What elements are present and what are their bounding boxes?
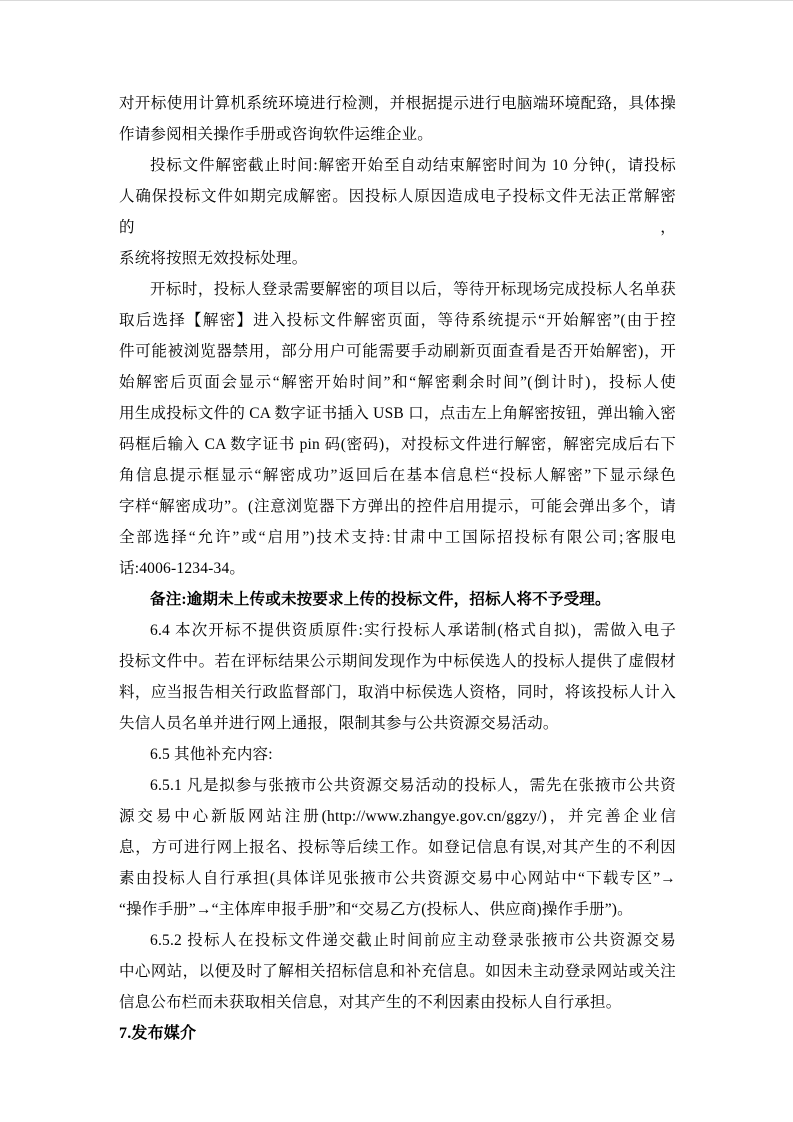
text-line: “操作手册”→“主体库申报手册”和“交易乙方(投标人、供应商)操作手册”)。	[119, 894, 676, 925]
text-line: 料，应当报告相关行政监督部门，取消中标侯选人资格，同时，将该投标人计入	[119, 677, 676, 708]
para-6-4: 6.4 本次开标不提供资质原件:实行投标人承诺制(格式自拟)，需做入电子 投标文…	[119, 615, 676, 739]
text-line: 投标文件中。若在评标结果公示期间发现作为中标侯选人的投标人提供了虚假材	[119, 646, 676, 677]
text-line: 全部选择“允许”或“启用”)技术支持:甘肃中工国际招投标有限公司;客服电	[119, 522, 676, 553]
text-line: 开标时，投标人登录需要解密的项目以后，等待开标现场完成投标人名单获	[119, 274, 676, 305]
text-line: 素由投标人自行承担(具体详见张掖市公共资源交易中心网站中“下载专区”→	[119, 863, 676, 894]
text-line: 投标文件解密截止时间:解密开始至自动结束解密时间为 10 分钟(，请投标	[119, 150, 676, 181]
text-line: 角信息提示框显示“解密成功”返回后在基本信息栏“投标人解密”下显示绿色	[119, 460, 676, 491]
section-heading-7: 7.发布媒介	[119, 1018, 676, 1049]
text-line: 始解密后页面会显示“解密开始时间”和“解密剩余时间”(倒计时)，投标人使	[119, 367, 676, 398]
para-env-config: 对开标使用计算机系统环境进行检测，并根据提示进行电脑端环境配臵，具体操 作请参阅…	[119, 88, 676, 150]
para-decryption-procedure: 开标时，投标人登录需要解密的项目以后，等待开标现场完成投标人名单获 取后选择【解…	[119, 274, 676, 584]
text-line-with-url: 源交易中心新版网站注册(http://www.zhangye.gov.cn/gg…	[119, 801, 676, 832]
text-line: 信息公布栏而未获取相关信息，对其产生的不利因素由投标人自行承担。	[119, 987, 676, 1018]
text-line: 6.5.2 投标人在投标文件递交截止时间前应主动登录张掖市公共资源交易	[119, 925, 676, 956]
text-line: 话:4006-1234-34。	[119, 553, 676, 584]
document-page: 对开标使用计算机系统环境进行检测，并根据提示进行电脑端环境配臵，具体操 作请参阅…	[0, 0, 793, 1122]
text-line: 取后选择【解密】进入投标文件解密页面，等待系统提示“开始解密”(由于控	[119, 305, 676, 336]
text-line: 6.5 其他补充内容:	[119, 739, 676, 770]
document-body: 对开标使用计算机系统环境进行检测，并根据提示进行电脑端环境配臵，具体操 作请参阅…	[119, 88, 676, 1049]
para-6-5-1: 6.5.1 凡是拟参与张掖市公共资源交易活动的投标人，需先在张掖市公共资 源交易…	[119, 770, 676, 925]
para-decryption-deadline: 投标文件解密截止时间:解密开始至自动结束解密时间为 10 分钟(，请投标 人确保…	[119, 150, 676, 274]
text-line: 6.4 本次开标不提供资质原件:实行投标人承诺制(格式自拟)，需做入电子	[119, 615, 676, 646]
para-6-5-2: 6.5.2 投标人在投标文件递交截止时间前应主动登录张掖市公共资源交易 中心网站…	[119, 925, 676, 1018]
text-line: 人确保投标文件如期完成解密。因投标人原因造成电子投标文件无法正常解密的，	[119, 181, 676, 243]
text-line: 6.5.1 凡是拟参与张掖市公共资源交易活动的投标人，需先在张掖市公共资	[119, 770, 676, 801]
text-line: 字样“解密成功”。(注意浏览器下方弹出的控件启用提示，可能会弹出多个，请	[119, 491, 676, 522]
text-line: 系统将按照无效投标处理。	[119, 243, 676, 274]
text-line: 失信人员名单并进行网上通报，限制其参与公共资源交易活动。	[119, 708, 676, 739]
heading-text: 7.发布媒介	[119, 1018, 676, 1049]
text-line: 码框后输入 CA 数字证书 pin 码(密码)，对投标文件进行解密，解密完成后右…	[119, 429, 676, 460]
text-line: 对开标使用计算机系统环境进行检测，并根据提示进行电脑端环境配臵，具体操	[119, 88, 676, 119]
text-line: 中心网站，以便及时了解相关招标信息和补充信息。如因未主动登录网站或关注	[119, 956, 676, 987]
note-line: 备注:逾期未上传或未按要求上传的投标文件，招标人将不予受理。	[119, 584, 676, 615]
text-line: 件可能被浏览器禁用，部分用户可能需要手动刷新页面查看是否开始解密)，开	[119, 336, 676, 367]
para-note: 备注:逾期未上传或未按要求上传的投标文件，招标人将不予受理。	[119, 584, 676, 615]
para-6-5: 6.5 其他补充内容:	[119, 739, 676, 770]
text-line: 用生成投标文件的 CA 数字证书插入 USB 口，点击左上角解密按钮，弹出输入密	[119, 398, 676, 429]
text-line: 作请参阅相关操作手册或咨询软件运维企业。	[119, 119, 676, 150]
text-line: 息，方可进行网上报名、投标等后续工作。如登记信息有误,对其产生的不利因	[119, 832, 676, 863]
